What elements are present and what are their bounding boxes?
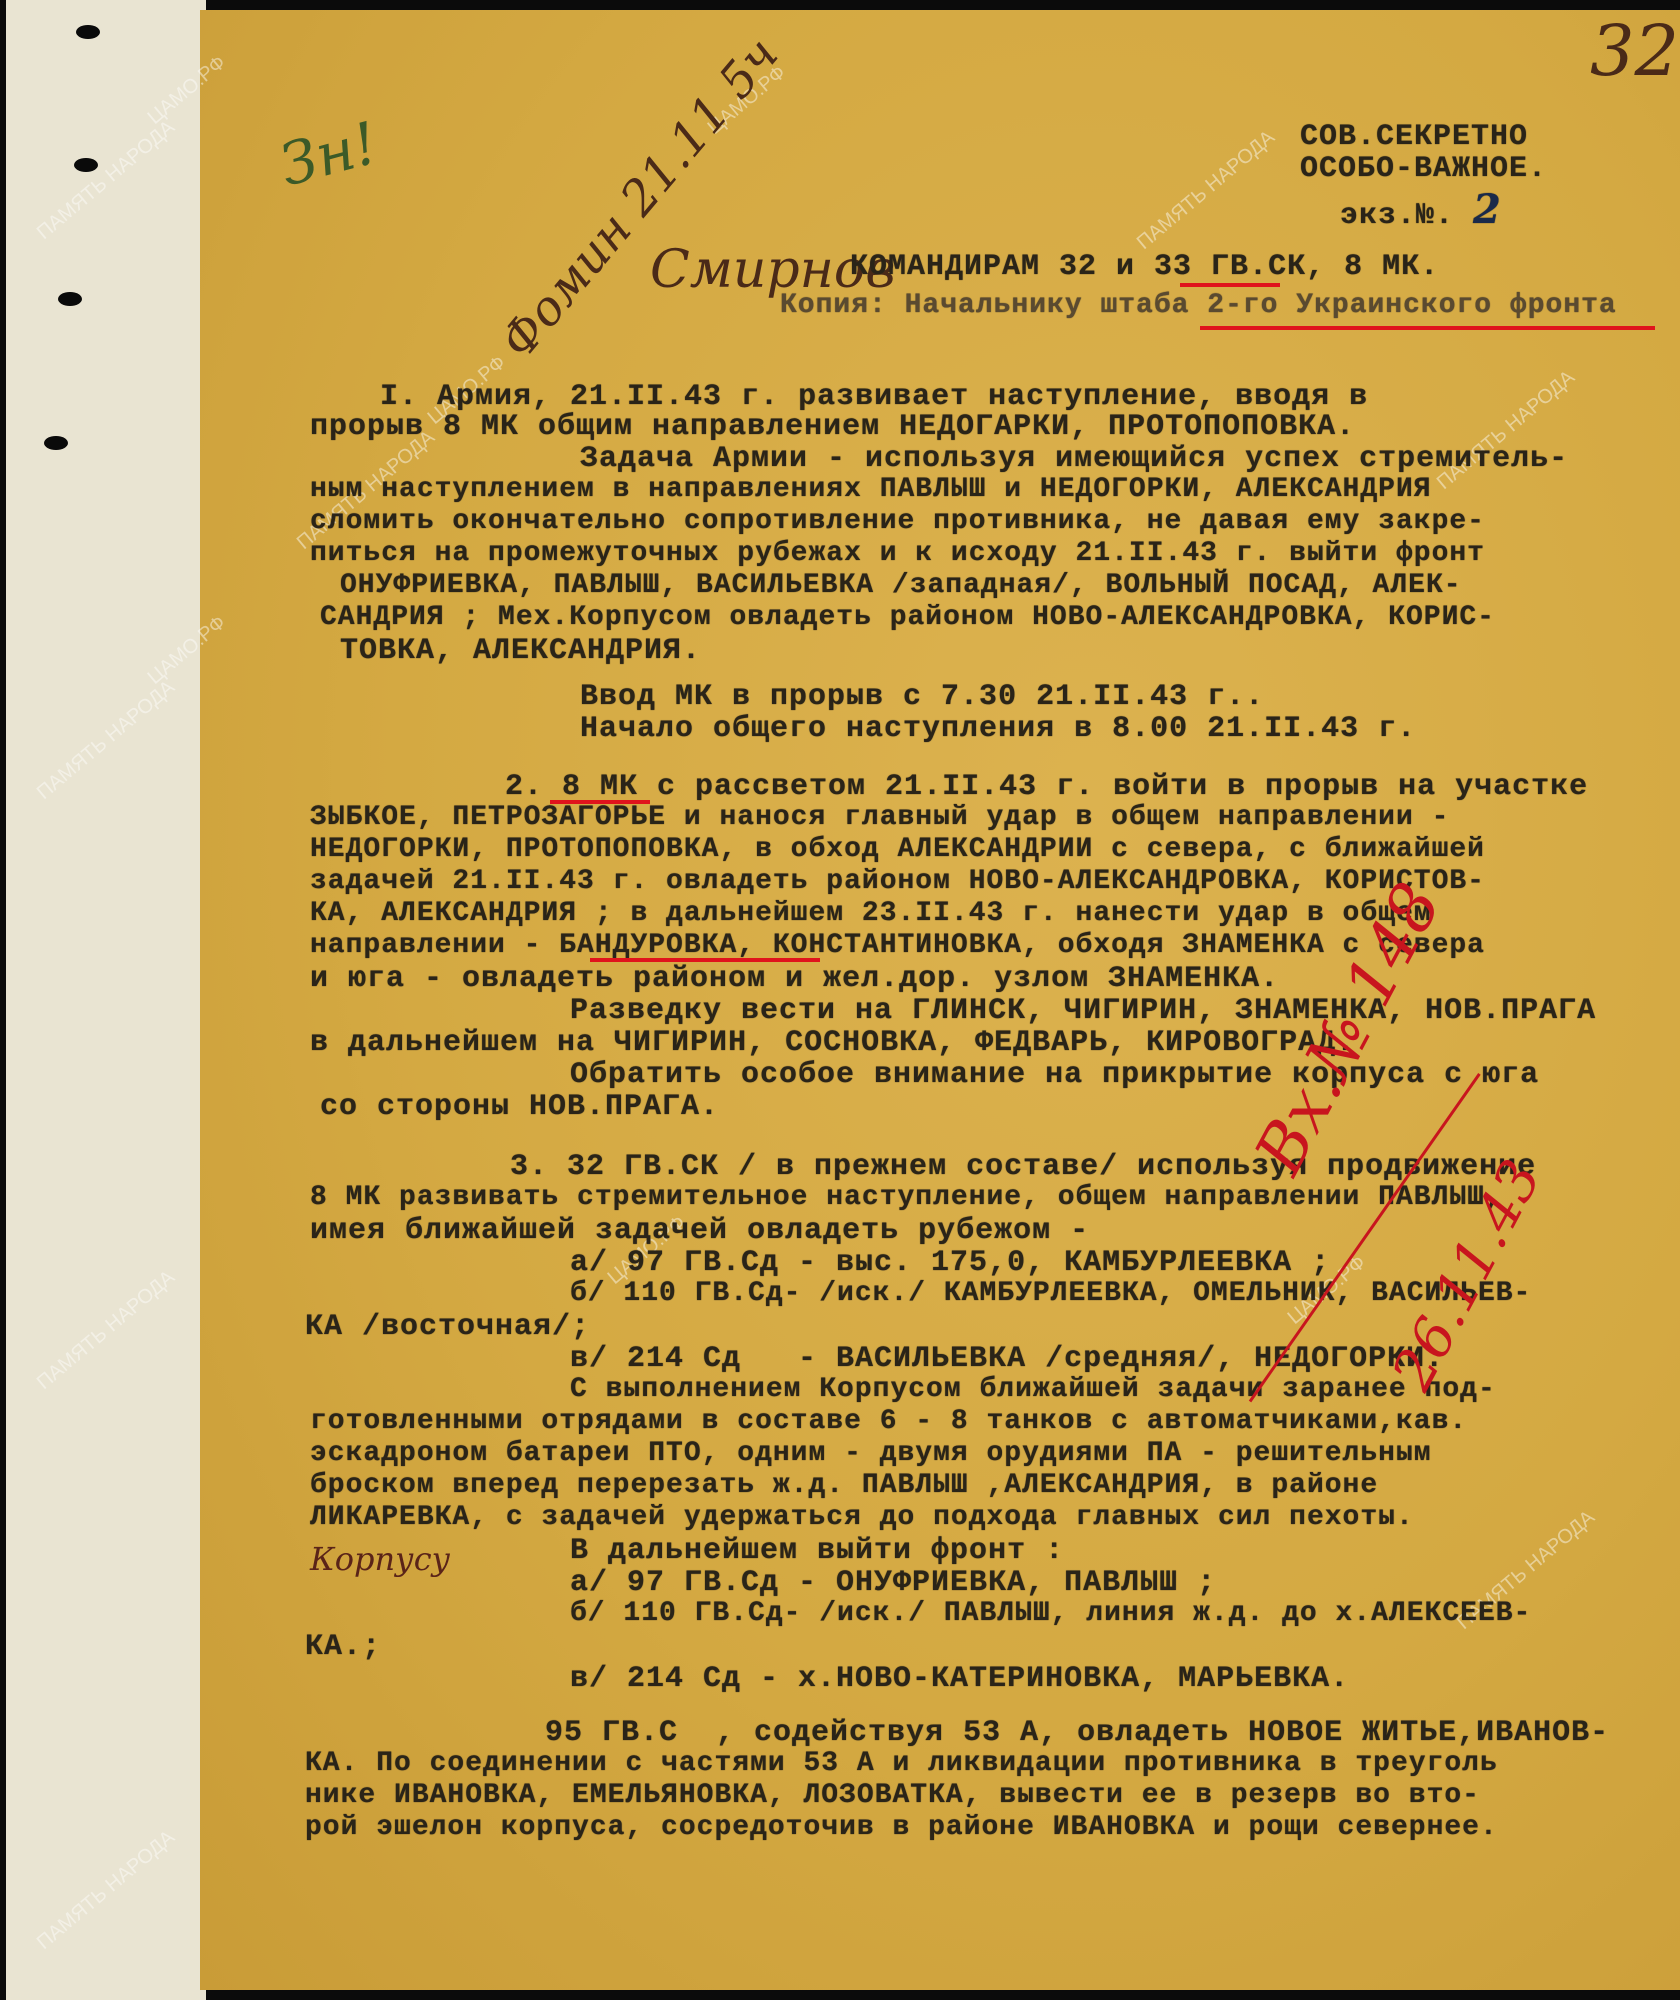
body-line: б/ 110 ГВ.Сд- /иск./ ПАВЛЫШ, линия ж.д. … [570, 1598, 1531, 1629]
classification-line-3: экз.№. 2 [1340, 186, 1502, 233]
body-line: I. Армия, 21.II.43 г. развивает наступле… [380, 380, 1368, 414]
body-line: КА /восточная/; [305, 1310, 590, 1344]
body-line: КА, АЛЕКСАНДРИЯ ; в дальнейшем 23.II.43 … [310, 898, 1432, 929]
red-underline [1180, 283, 1280, 287]
copy-number: 2 [1473, 186, 1502, 233]
body-line: КА. По соединении с частями 53 А и ликви… [305, 1748, 1498, 1779]
body-line: ным наступлением в направлениях ПАВЛЫШ и… [310, 474, 1432, 505]
punch-hole [74, 158, 98, 172]
body-line: и юга - овладеть районом и жел.дор. узло… [310, 962, 1279, 996]
body-line: Обратить особое внимание на прикрытие ко… [570, 1058, 1539, 1092]
body-line: а/ 97 ГВ.Сд - ОНУФРИЕВКА, ПАВЛЫШ ; [570, 1566, 1216, 1600]
body-line: ЛИКАРЕВКА, с задачей удержаться до подхо… [310, 1502, 1414, 1533]
body-line: в/ 214 Сд - ВАСИЛЬЕВКА /средняя/, НЕДОГО… [570, 1342, 1444, 1376]
red-underline [1200, 326, 1655, 330]
body-line: в/ 214 Сд - х.НОВО-КАТЕРИНОВКА, МАРЬЕВКА… [570, 1662, 1349, 1696]
body-line: задачей 21.II.43 г. овладеть районом НОВ… [310, 866, 1485, 897]
body-line: а/ 97 ГВ.Сд - выс. 175,0, КАМБУРЛЕЕВКА ; [570, 1246, 1330, 1280]
copy-label: экз.№. [1340, 199, 1473, 233]
margin-note: Корпусу [310, 1540, 450, 1578]
body-line: рой эшелон корпуса, сосредоточив в район… [305, 1812, 1498, 1843]
body-line: имея ближайшей задачей овладеть рубежом … [310, 1214, 1089, 1248]
body-line: 2. 8 МК с рассветом 21.II.43 г. войти в … [505, 770, 1588, 804]
body-line: броском вперед перерезать ж.д. ПАВЛЫШ ,А… [310, 1470, 1378, 1501]
body-line: 3. 32 ГВ.СК / в прежнем составе/ использ… [510, 1150, 1536, 1184]
body-line: нике ИВАНОВКА, ЕМЕЛЬЯНОВКА, ЛОЗОВАТКА, в… [305, 1780, 1480, 1811]
body-line: сломить окончательно сопротивление проти… [310, 506, 1485, 537]
punch-hole [58, 292, 82, 306]
punch-hole [76, 25, 100, 39]
body-line: направлении - БАНДУРОВКА, КОНСТАНТИНОВКА… [310, 930, 1485, 961]
body-line: прорыв 8 МК общим направлением НЕДОГАРКИ… [310, 410, 1355, 444]
body-line: Разведку вести на ГЛИНСК, ЧИГИРИН, ЗНАМЕ… [570, 994, 1596, 1028]
body-line: 95 ГВ.С , содействуя 53 А, овладеть НОВО… [545, 1716, 1609, 1750]
body-line: КА.; [305, 1630, 381, 1664]
addressee: КОМАНДИРАМ 32 и 33 ГВ.СК, 8 МК. [850, 250, 1439, 284]
body-line: Начало общего наступления в 8.00 21.II.4… [580, 712, 1416, 746]
body-line: ТОВКА, АЛЕКСАНДРИЯ. [340, 634, 701, 668]
body-line: ОНУФРИЕВКА, ПАВЛЫШ, ВАСИЛЬЕВКА /западная… [340, 570, 1462, 601]
body-line: со стороны НОВ.ПРАГА. [320, 1090, 719, 1124]
body-line: В дальнейшем выйти фронт : [570, 1534, 1064, 1568]
body-line: ЗЫБКОЕ, ПЕТРОЗАГОРЬЕ и нанося главный уд… [310, 802, 1449, 833]
body-line: НЕДОГОРКИ, ПРОТОПОПОВКА, в обход АЛЕКСАН… [310, 834, 1485, 865]
body-line: С выполнением Корпусом ближайшей задачи … [570, 1374, 1496, 1405]
page-number: 32 [1590, 10, 1679, 92]
binding-strip [6, 0, 206, 2000]
body-line: питься на промежуточных рубежах и к исхо… [310, 538, 1485, 569]
body-line: 8 МК развивать стремительное наступление… [310, 1182, 1503, 1213]
body-line: в дальнейшем на ЧИГИРИН, СОСНОВКА, ФЕДВА… [310, 1026, 1355, 1060]
body-line: б/ 110 ГВ.Сд- /иск./ КАМБУРЛЕЕВКА, ОМЕЛЬ… [570, 1278, 1531, 1309]
body-line: САНДРИЯ ; Мех.Корпусом овладеть районом … [320, 602, 1495, 633]
body-line: Ввод МК в прорыв с 7.30 21.II.43 г.. [580, 680, 1264, 714]
body-line: Задача Армии - используя имеющийся успех… [580, 442, 1568, 476]
body-line: эскадроном батареи ПТО, одним - двумя ор… [310, 1438, 1432, 1469]
punch-hole [44, 436, 68, 450]
classification-line-2: ОСОБО-ВАЖНОЕ. [1300, 152, 1547, 186]
body-line: готовленными отрядами в составе 6 - 8 та… [310, 1406, 1467, 1437]
copy-to: Копия: Начальнику штаба 2-го Украинского… [780, 290, 1617, 321]
classification-line-1: СОВ.СЕКРЕТНО [1300, 120, 1528, 154]
